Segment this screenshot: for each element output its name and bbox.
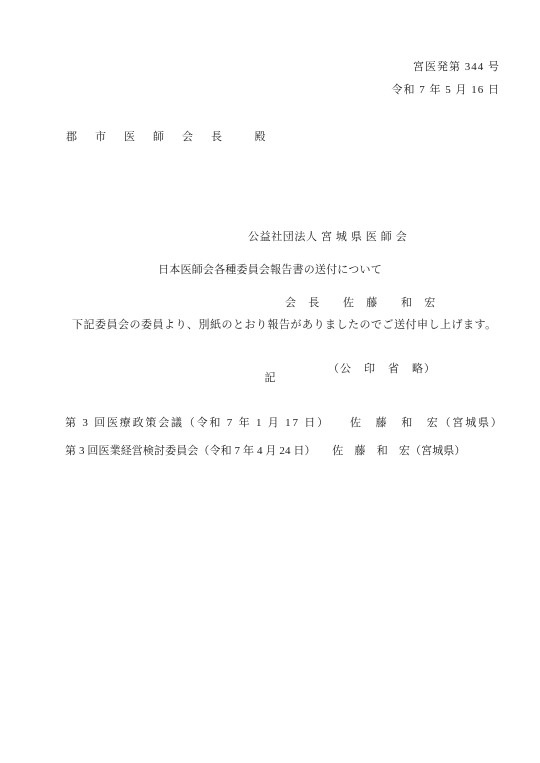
sender-block: 公益社団法人 宮 城 県 医 師 会 会 長 佐 藤 和 宏 （公 印 省 略） (248, 182, 436, 424)
letter-page: 宮医発第 344 号 令和 7 年 5 月 16 日 郡 市 医 師 会 長 殿… (0, 0, 540, 763)
letter-header: 宮医発第 344 号 令和 7 年 5 月 16 日 (392, 56, 501, 102)
sender-president-name: 会 長 佐 藤 和 宏 (285, 292, 436, 314)
addressee-line: 郡 市 医 師 会 長 殿 (66, 128, 269, 144)
committee-report-item: 第 3 回医療政策会議（令和 7 年 1 月 17 日） 佐 藤 和 宏（宮城県… (65, 414, 504, 430)
body-paragraph: 下記委員会の委員より、別紙のとおり報告がありましたのでご送付申し上げます。 (66, 316, 500, 332)
record-marker: 記 (0, 369, 540, 385)
sender-organization: 公益社団法人 宮 城 県 医 師 会 (248, 226, 436, 248)
document-number: 宮医発第 344 号 (392, 56, 501, 79)
subject-title: 日本医師会各種委員会報告書の送付について (0, 261, 540, 277)
document-date: 令和 7 年 5 月 16 日 (392, 79, 501, 102)
committee-report-item: 第 3 回医業経営検討委員会（令和 7 年 4 月 24 日） 佐 藤 和 宏（… (65, 442, 466, 458)
